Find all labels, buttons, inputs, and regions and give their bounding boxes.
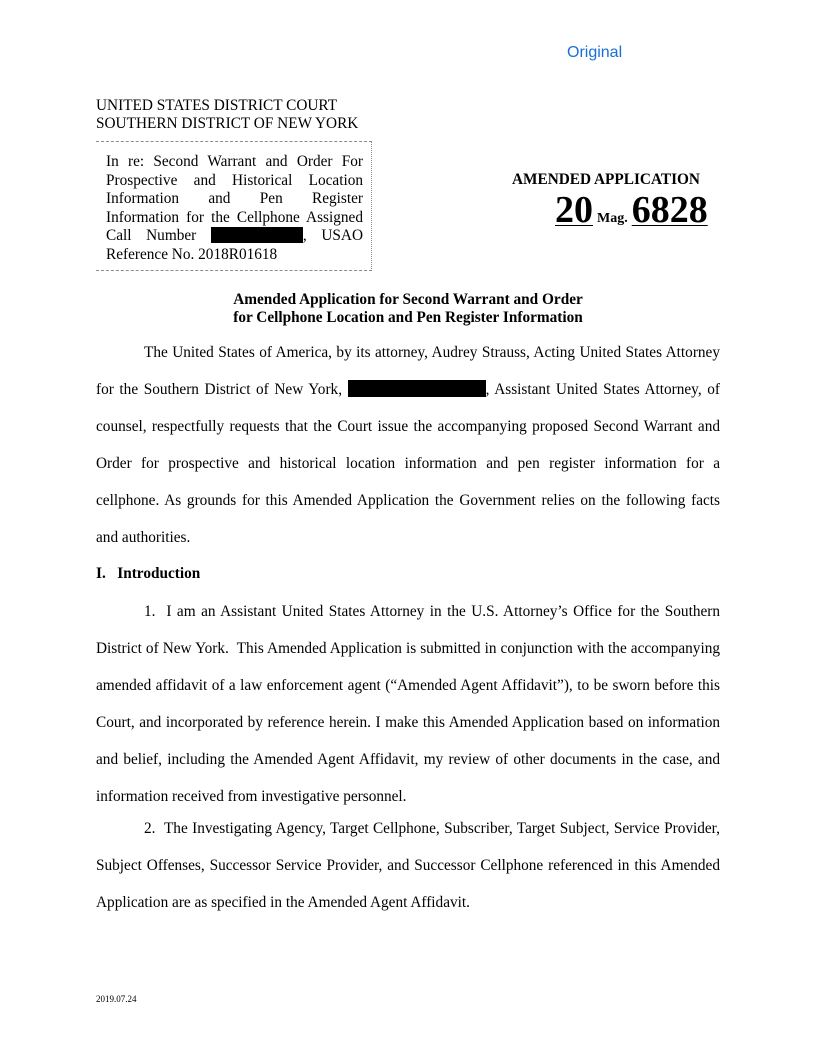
original-label: Original [567,44,622,62]
paragraph-1-text: 1. I am an Assistant United States Attor… [96,603,724,805]
amended-application-label: AMENDED APPLICATION [512,171,700,189]
title-line-1: Amended Application for Second Warrant a… [0,291,816,309]
redaction-ausa-name [348,380,486,397]
paragraph-1: 1. I am an Assistant United States Attor… [96,593,720,815]
court-name: UNITED STATES DISTRICT COURT SOUTHERN DI… [96,97,358,132]
title-line-2: for Cellphone Location and Pen Register … [0,309,816,327]
intro-paragraph: The United States of America, by its att… [96,334,720,556]
docket-number: 20Mag.6828 [555,188,708,232]
docket-type: Mag. [597,211,628,226]
footer-date: 2019.07.24 [96,994,137,1004]
docket-year: 20 [555,189,593,231]
redaction-call-number [211,227,303,243]
case-caption: In re: Second Warrant and Order For Pros… [106,153,363,264]
intro-text-after: , Assistant United States Attorney, of c… [96,381,720,546]
paragraph-2-text: 2. The Investigating Agency, Target Cell… [96,820,724,911]
court-line-1: UNITED STATES DISTRICT COURT [96,97,358,115]
docket-number-value: 6828 [632,189,708,231]
section-heading: I. Introduction [96,565,200,583]
case-caption-box: In re: Second Warrant and Order For Pros… [96,141,372,271]
court-line-2: SOUTHERN DISTRICT OF NEW YORK [96,115,358,133]
document-title: Amended Application for Second Warrant a… [0,291,816,327]
paragraph-2: 2. The Investigating Agency, Target Cell… [96,810,720,921]
